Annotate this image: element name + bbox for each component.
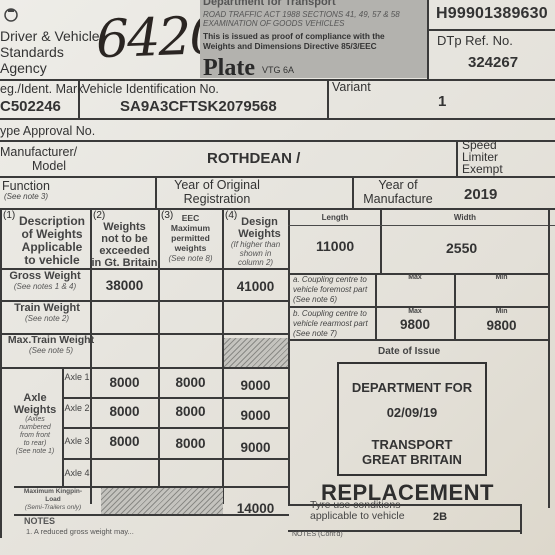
axle-3-design: 9000 xyxy=(223,440,288,455)
length-label: Length xyxy=(290,213,380,222)
axle-2-eec: 8000 xyxy=(159,404,222,419)
train-weight-label: Train Weight (See note 2) xyxy=(0,302,94,323)
notes-contd-label: NOTES (Cont'd) xyxy=(292,531,343,538)
hatched-cell xyxy=(224,338,288,367)
axle-1-gb: 8000 xyxy=(91,375,158,390)
axle-1-design: 9000 xyxy=(223,378,288,393)
hatched-cell-kingpin xyxy=(101,488,223,515)
gross-design-value: 41000 xyxy=(223,279,288,294)
vin-label: Vehicle Identification No. xyxy=(82,82,219,96)
axle-2-gb: 8000 xyxy=(91,404,158,419)
max-train-weight-label: Max.Train Weight (See note 5) xyxy=(4,334,98,355)
coupling-front-min-label: Min xyxy=(455,274,548,281)
col3-header: (3) EEC Maximum permitted weights (See n… xyxy=(159,208,222,268)
gross-weight-label: Gross Weight (See notes 1 & 4) xyxy=(0,270,90,291)
tyre-conditions-label: Tyre use conditions applicable to vehicl… xyxy=(310,500,405,522)
manufacturer-label: Manufacturer/ Model xyxy=(0,145,77,173)
year-original-registration-label: Year of Original Registration xyxy=(162,178,272,206)
dtp-ref-label: DTp Ref. No. xyxy=(437,33,513,48)
department-title: Department for Transport xyxy=(203,0,336,8)
coupling-rear-min-label: Min xyxy=(455,308,548,315)
coupling-rear-max-label: Max xyxy=(376,308,454,315)
notes-line-1: 1. A reduced gross weight may... xyxy=(26,527,134,536)
type-approval-label: ype Approval No. xyxy=(0,124,95,138)
width-value: 2550 xyxy=(446,240,477,256)
manufacturer-value: ROTHDEAN / xyxy=(207,150,300,167)
stamp-lines-2-3: TRANSPORT GREAT BRITAIN xyxy=(337,437,487,467)
plate-number: H99901389630 xyxy=(436,5,548,23)
variant-label: Variant xyxy=(332,80,371,94)
vin-value: SA9A3CFTSK2079568 xyxy=(120,98,277,115)
axle-2-design: 9000 xyxy=(223,408,288,423)
gross-gb-value: 38000 xyxy=(91,278,158,293)
coupling-front-max-label: Max xyxy=(376,274,454,281)
coupling-rear-label: b. Coupling centre to vehicle rearmost p… xyxy=(293,309,368,339)
function-label: Function xyxy=(2,179,50,193)
act-reference: ROAD TRAFFIC ACT 1988 SECTIONS 41, 49, 5… xyxy=(203,10,400,28)
axle-3-eec: 8000 xyxy=(159,436,222,451)
axle-2-label: Axle 2 xyxy=(62,403,92,413)
stamp-date: 02/09/19 xyxy=(337,405,487,420)
reg-label: eg./Ident. Mark xyxy=(0,82,83,96)
date-of-issue-label: Date of Issue xyxy=(378,346,440,357)
ministry-plate: Driver & Vehicle Standards Agency 6420 D… xyxy=(0,0,555,555)
axle-1-label: Axle 1 xyxy=(62,372,92,382)
function-note: (See note 3) xyxy=(4,192,48,202)
coupling-rear-min-value: 9800 xyxy=(455,318,548,333)
notes-label: NOTES xyxy=(24,516,55,526)
year-manufacture-label: Year of Manufacture xyxy=(358,178,438,206)
tyre-conditions-value: 2B xyxy=(433,511,447,523)
length-value: 11000 xyxy=(316,238,354,254)
col1-header: (1) Description of Weights Applicable to… xyxy=(0,208,90,268)
width-label: Width xyxy=(382,213,548,222)
axle-3-gb: 8000 xyxy=(91,434,158,449)
coupling-front-label: a. Coupling centre to vehicle foremost p… xyxy=(293,275,367,305)
axle-4-label: Axle 4 xyxy=(62,468,92,478)
axle-1-eec: 8000 xyxy=(159,375,222,390)
form-code: VTG 6A xyxy=(262,65,294,75)
kingpin-label: Maximum Kingpin- Load (Semi-Trailers onl… xyxy=(16,488,90,512)
stamp-line-1: DEPARTMENT FOR xyxy=(337,380,487,395)
year-manufacture-value: 2019 xyxy=(464,186,497,203)
col2-header: (2) Weights not to be exceeded in Gt. Br… xyxy=(91,208,158,268)
compliance-statement: This is issued as proof of compliance wi… xyxy=(203,31,385,51)
reg-value: C502246 xyxy=(0,98,61,115)
agency-name: Driver & Vehicle Standards Agency xyxy=(0,28,100,76)
axle-weights-label: Axle Weights (Axles numbered from front … xyxy=(10,392,60,456)
plate-title: Plate xyxy=(203,55,255,82)
dtp-ref-value: 324267 xyxy=(468,54,518,71)
col4-header: (4) Design Weights (If higher than shown… xyxy=(223,208,288,268)
royal-crest-icon xyxy=(2,6,20,24)
axle-3-label: Axle 3 xyxy=(62,436,92,446)
coupling-rear-max-value: 9800 xyxy=(376,317,454,332)
speed-limiter-label: Speed Limiter Exempt xyxy=(462,139,503,175)
variant-value: 1 xyxy=(438,93,446,110)
